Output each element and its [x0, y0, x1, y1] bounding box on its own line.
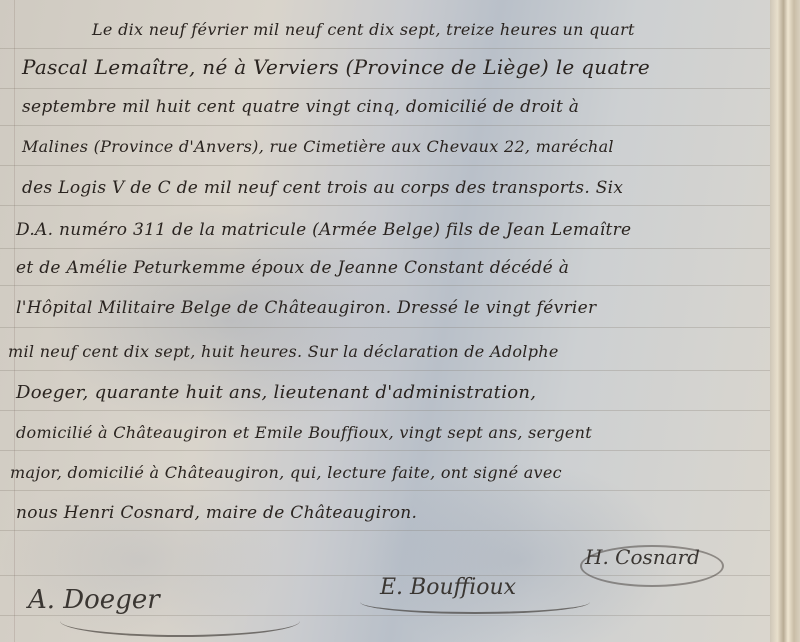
- text-line-9: mil neuf cent dix sept, huit heures. Sur…: [8, 342, 559, 361]
- ruled-line: [0, 248, 770, 249]
- ruled-line: [0, 48, 770, 49]
- ruled-line: [0, 165, 770, 166]
- text-line-10: Doeger, quarante huit ans, lieutenant d'…: [16, 382, 536, 403]
- signature-flourish: [580, 545, 724, 587]
- ruled-line: [0, 125, 770, 126]
- ruled-line: [0, 410, 770, 411]
- text-line-4: Malines (Province d'Anvers), rue Cimetiè…: [22, 137, 614, 156]
- ruled-line: [0, 490, 770, 491]
- ruled-line: [0, 530, 770, 531]
- signature-flourish: [60, 605, 300, 637]
- text-line-13: nous Henri Cosnard, maire de Châteaugiro…: [16, 503, 417, 523]
- book-binding: [770, 0, 800, 642]
- text-line-8: l'Hôpital Militaire Belge de Châteaugiro…: [16, 298, 596, 318]
- text-line-11: domicilié à Châteaugiron et Emile Bouffi…: [16, 423, 592, 442]
- ruled-line: [0, 88, 770, 89]
- ruled-line: [0, 450, 770, 451]
- margin-line: [14, 0, 15, 642]
- register-page: Le dix neuf février mil neuf cent dix se…: [0, 0, 770, 642]
- text-line-1: Le dix neuf février mil neuf cent dix se…: [92, 20, 635, 39]
- signature-flourish: [360, 590, 590, 614]
- text-line-12: major, domicilié à Châteaugiron, qui, le…: [10, 463, 562, 482]
- text-line-2: Pascal Lemaître, né à Verviers (Province…: [22, 55, 650, 79]
- text-line-5: des Logis V de C de mil neuf cent trois …: [22, 178, 623, 198]
- text-line-7: et de Amélie Peturkemme époux de Jeanne …: [16, 258, 569, 278]
- ruled-line: [0, 285, 770, 286]
- ruled-line: [0, 370, 770, 371]
- text-line-3: septembre mil huit cent quatre vingt cin…: [22, 97, 579, 117]
- ruled-line: [0, 327, 770, 328]
- ruled-line: [0, 205, 770, 206]
- text-line-6: D.A. numéro 311 de la matricule (Armée B…: [16, 220, 631, 240]
